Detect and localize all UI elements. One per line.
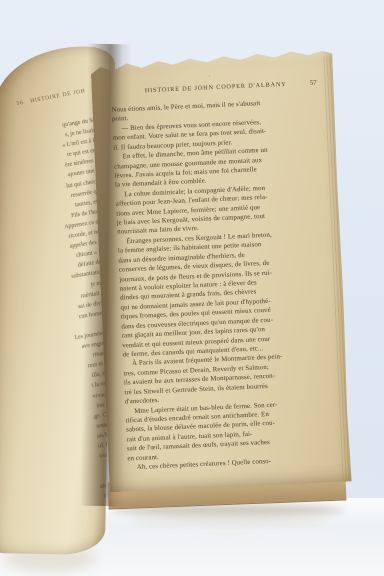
printers-mark: ' [209,75,210,81]
book-photo: 56HISTOIRE DE JOH qu'ange du Seigneurs, … [0,0,384,576]
left-running-title: HISTOIRE DE JOH [30,88,86,104]
left-page-number: 56 [16,100,24,107]
right-page-reflection [130,512,330,524]
right-page-text: Nous étions amis, le Père et moi, mais i… [92,89,351,474]
right-page-number: 57 [310,79,317,86]
right-page: ' HISTOIRE DE JOHN COOPER D'ALBANY 57 No… [90,50,351,493]
